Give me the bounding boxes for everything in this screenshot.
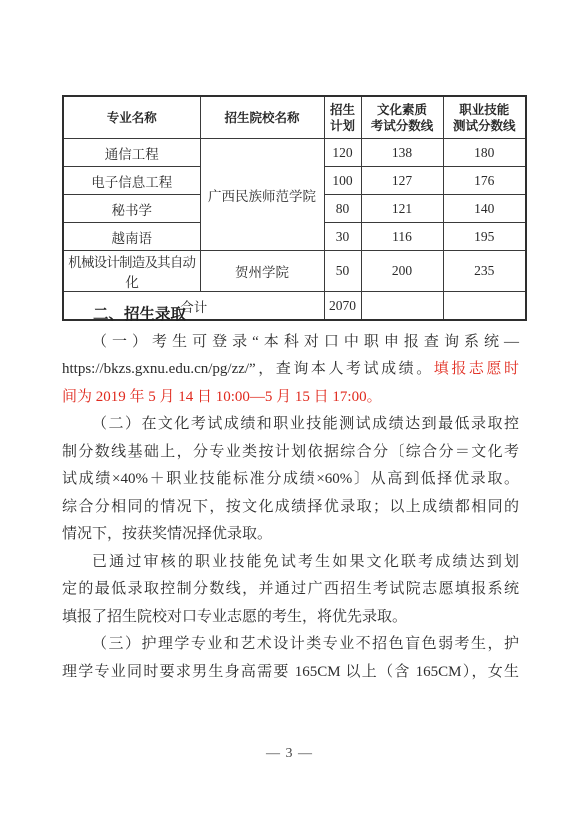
text-line: 情况下，按获奖情况择优录取。	[62, 521, 519, 549]
page-number: — 3 —	[0, 744, 579, 764]
deadline-text-red: 填报志愿时	[434, 361, 519, 377]
cell-culture-score: 200	[361, 251, 443, 292]
document-page: 专业名称 招生院校名称 招生 计划 文化素质 考试分数线 职业技能 测试分数线 …	[0, 0, 579, 817]
cell-major: 越南语	[63, 223, 200, 251]
url-text: https://bkzs.gxnu.edu.cn/pg/zz/”，查询本人考试成…	[62, 361, 434, 377]
paragraph-2-line-1: （二）在文化考试成绩和职业技能测试成绩达到最低录取控	[92, 416, 519, 432]
text-line: （三）护理学专业和艺术设计类专业不招色盲色弱考生，护	[62, 631, 519, 659]
cell-skill-score: 180	[443, 139, 526, 167]
cell-college-group1: 广西民族师范学院	[200, 139, 324, 251]
text-line: https://bkzs.gxnu.edu.cn/pg/zz/”，查询本人考试成…	[62, 356, 519, 384]
paragraph-4-line-1: （三）护理学专业和艺术设计类专业不招色盲色弱考生，护	[92, 636, 519, 652]
text-line: 理学专业同时要求男生身高需要 165CM 以上（含 165CM），女生	[62, 659, 519, 687]
cell-plan: 80	[324, 195, 361, 223]
cell-major: 电子信息工程	[63, 167, 200, 195]
col-header-culture-score: 文化素质 考试分数线	[361, 96, 443, 139]
col-header-college: 招生院校名称	[200, 96, 324, 139]
cell-plan: 50	[324, 251, 361, 292]
col-header-plan: 招生 计划	[324, 96, 361, 139]
text-line: 试成绩×40%＋职业技能标准分成绩×60%〕从高到低择优录取。	[62, 466, 519, 494]
body-text: 二、招生录取 （一）考生可登录“本科对口中职申报查询系统— https://bk…	[62, 301, 519, 686]
cell-major: 秘书学	[63, 195, 200, 223]
cell-culture-score: 138	[361, 139, 443, 167]
text-line: 制分数线基础上，分专业类按计划依据综合分〔综合分＝文化考	[62, 439, 519, 467]
paragraph-2-line-3: 试成绩×40%＋职业技能标准分成绩×60%〕从高到低择优录取。	[62, 471, 519, 487]
text-line: 定的最低录取控制分数线，并通过广西招生考试院志愿填报系统	[62, 576, 519, 604]
cell-skill-score: 176	[443, 167, 526, 195]
paragraph-1-line-1: （一）考生可登录“本科对口中职申报查询系统—	[92, 334, 519, 350]
table-row: 机械设计制造及其自动化 贺州学院 50 200 235	[63, 251, 526, 292]
paragraph-4-line-2: 理学专业同时要求男生身高需要 165CM 以上（含 165CM），女生	[62, 664, 519, 680]
text-line: 填报了招生院校对口专业志愿的考生，将优先录取。	[62, 604, 519, 632]
paragraph-2-line-4: 综合分相同的情况下，按文化成绩择优录取；以上成绩都相同的	[62, 499, 519, 515]
text-line: （一）考生可登录“本科对口中职申报查询系统—	[62, 329, 519, 357]
admission-score-table: 专业名称 招生院校名称 招生 计划 文化素质 考试分数线 职业技能 测试分数线 …	[62, 95, 527, 321]
cell-skill-score: 140	[443, 195, 526, 223]
col-header-skill-score: 职业技能 测试分数线	[443, 96, 526, 139]
text-line: 综合分相同的情况下，按文化成绩择优录取；以上成绩都相同的	[62, 494, 519, 522]
cell-culture-score: 121	[361, 195, 443, 223]
cell-college-group2: 贺州学院	[200, 251, 324, 292]
section-heading: 二、招生录取	[62, 301, 519, 329]
cell-plan: 30	[324, 223, 361, 251]
paragraph-3-line-3: 填报了招生院校对口专业志愿的考生，将优先录取。	[62, 609, 407, 625]
cell-plan: 100	[324, 167, 361, 195]
cell-skill-score: 195	[443, 223, 526, 251]
paragraph-3-line-2: 定的最低录取控制分数线，并通过广西招生考试院志愿填报系统	[62, 581, 519, 597]
paragraph-2-line-5: 情况下，按获奖情况择优录取。	[62, 526, 272, 542]
cell-skill-score: 235	[443, 251, 526, 292]
cell-plan: 120	[324, 139, 361, 167]
table-header-row: 专业名称 招生院校名称 招生 计划 文化素质 考试分数线 职业技能 测试分数线	[63, 96, 526, 139]
deadline-text-red: 间为 2019 年 5 月 14 日 10:00—5 月 15 日 17:00。	[62, 389, 382, 405]
cell-culture-score: 127	[361, 167, 443, 195]
text-line: （二）在文化考试成绩和职业技能测试成绩达到最低录取控	[62, 411, 519, 439]
cell-culture-score: 116	[361, 223, 443, 251]
text-line: 间为 2019 年 5 月 14 日 10:00—5 月 15 日 17:00。	[62, 384, 519, 412]
paragraph-3-line-1: 已通过审核的职业技能免试考生如果文化联考成绩达到划	[92, 554, 519, 570]
text-line: 已通过审核的职业技能免试考生如果文化联考成绩达到划	[62, 549, 519, 577]
paragraph-2-line-2: 制分数线基础上，分专业类按计划依据综合分〔综合分＝文化考	[62, 444, 519, 460]
cell-major: 机械设计制造及其自动化	[63, 251, 200, 292]
table-row: 通信工程 广西民族师范学院 120 138 180	[63, 139, 526, 167]
col-header-major: 专业名称	[63, 96, 200, 139]
cell-major: 通信工程	[63, 139, 200, 167]
